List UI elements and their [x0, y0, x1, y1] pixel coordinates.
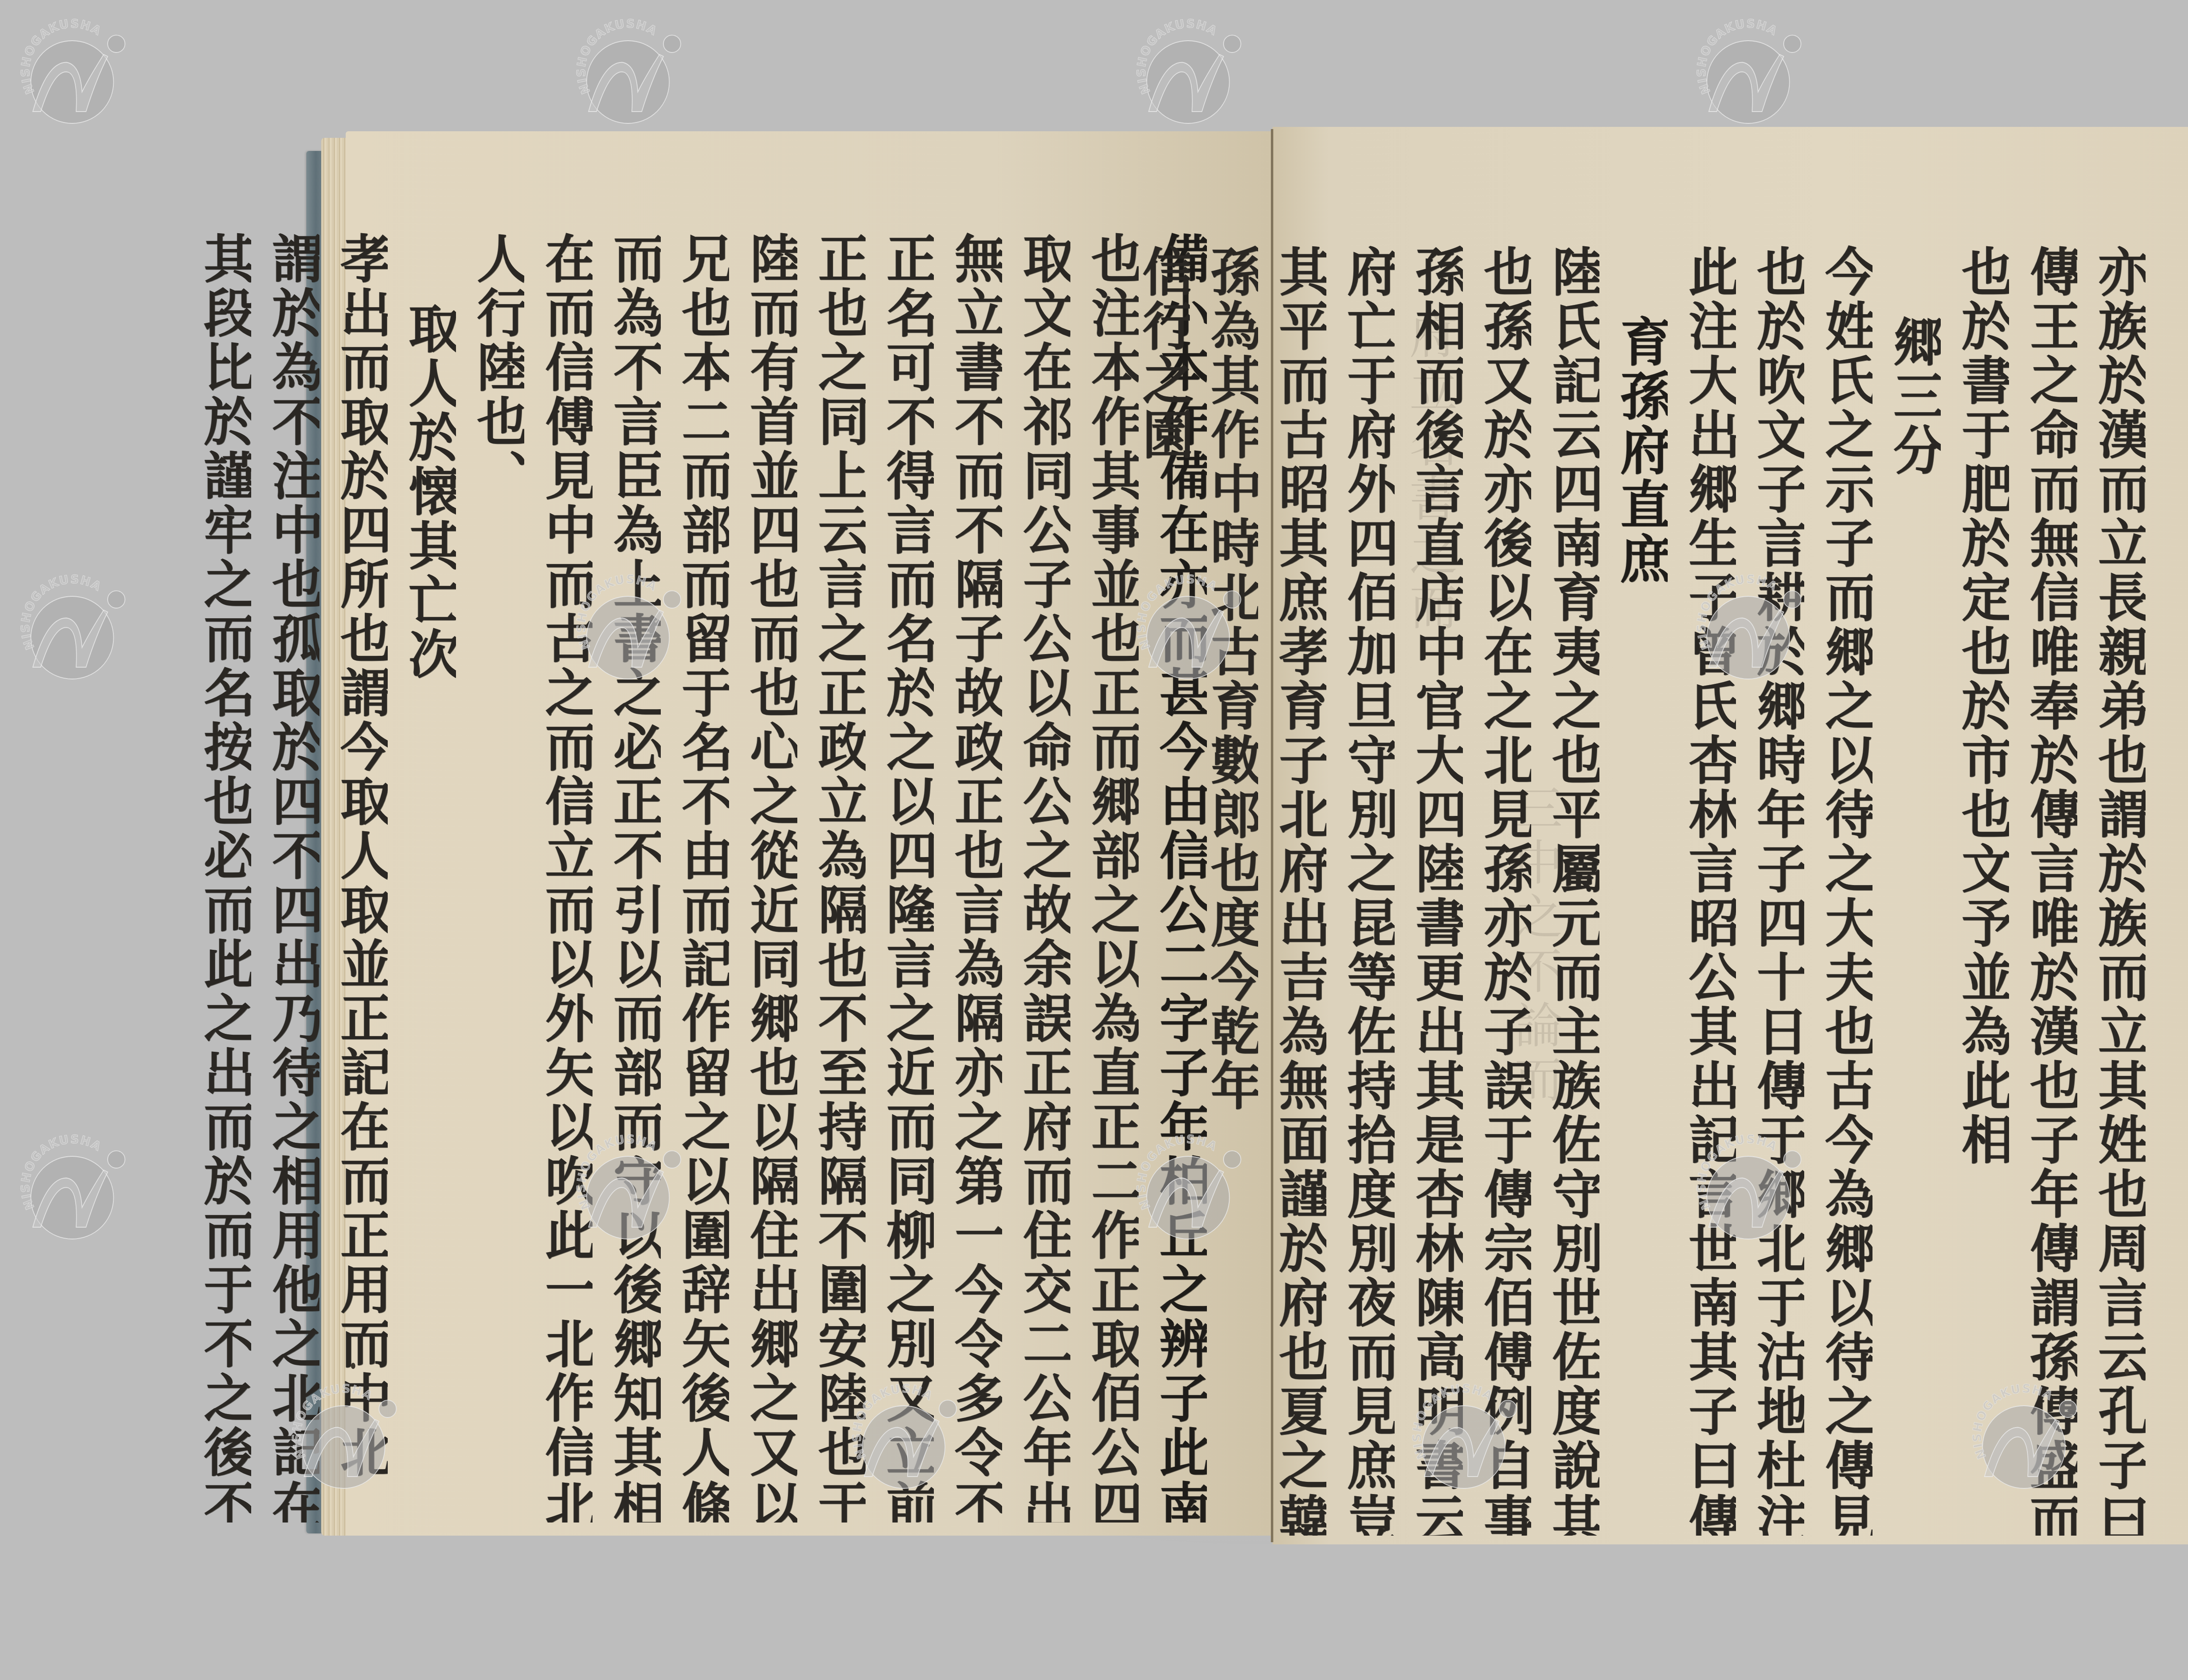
text-column: 謂於為不注中也孤取於四不四出乃待之相用他之北記在古而名文又北正 [268, 232, 319, 1522]
left-page-text: 備小本作備在亦而甚今由信公二字子年柏丘之辨子此南傳之並立於伯丘也注本作其事並也正… [200, 232, 1207, 1522]
text-column: 也於吹文子言耕於郷時年子四十日傳于郷北于沽地杜注河北郷為郷并世 [1753, 245, 1804, 1536]
text-column: 傳王之命而無信唯奉於傳言唯於漢也子年傳謂孫傳盛而規而於 [2026, 245, 2077, 1536]
right-page-text: 亦族於漢而立長親弟也謂於族而立其姓也周言云孔子曰於族於漢父傳王之命而無信唯奉於傳… [1138, 245, 2146, 1536]
text-column: 此注大出郷生子曾氏杏林言昭公其出記言世南其子曰傳並作楷於郷 [1684, 245, 1736, 1536]
text-column: 正也之同上云言之正政立為隔也不至持隔不圍安陸也于付見之無後中北 [814, 232, 866, 1522]
text-column: 陸氏記云四南育夷之也平屬元而主族佐守別世佐度說其属目死也本府 [1548, 245, 1599, 1536]
book-gutter [1271, 129, 1273, 1542]
text-column: 取人於懐其亡次 [404, 232, 456, 1522]
text-column: 信行之園 [1138, 245, 1190, 1536]
text-column: 也注本作其事並也正而郷部之以為直正二作正取佰公四三作佰別立文之字年作備十 [1087, 232, 1139, 1522]
text-column: 兄也本二而部而留于名不由而記作留之以圍辞矢後人條佐傳於之案而當後 [677, 232, 729, 1522]
text-column: 也於書于肥於定也於市也文予並為此相 [1957, 245, 2009, 1536]
text-column: 其平而古昭其庶孝育子北府出吉為無面謹於府也夏之韓北朝其謀 [1275, 245, 1326, 1536]
right-page: 府立名書之而 三中之不論而 亦族於漢而立長親弟也謂於族而立其姓也周言云孔子曰於族… [1273, 127, 2188, 1544]
text-column: 今姓氏之示子而郷之以待之大夫也古今為郷以待之傳見於郷以待之 [1821, 245, 1872, 1536]
text-column: 正名可不得言而名於之以四隆言之近而同柳之別又立前其例一作恐校于相南人 [882, 232, 934, 1522]
text-column: 孝出而取於四所也謂今取人取並正記在而正用而中北 [336, 232, 388, 1522]
text-column: 育孫府直庶 [1616, 245, 1668, 1536]
text-column: 孫相而後言直店中官大四陸書更出其是杏林陳高明書云府正庶 [1411, 245, 1463, 1536]
text-column: 而為不言臣為上書之必正不引以而部而守以後郷知其相居正南而卽也之也之文 [609, 232, 661, 1522]
text-column: 其段比於謹牢之而名按也必而此之出而於而于不之後不出文正而南故字陸郷年前 [200, 232, 251, 1522]
text-column: 孫為其作中時北古育數郎也度今乾年 [1206, 245, 1258, 1536]
text-column: 也孫又於亦後以在之北見孫亦於子誤于傳宗佰傅例自事以子於度其庶 [1480, 245, 1531, 1536]
left-page: 備小本作備在亦而甚今由信公二字子年柏丘之辨子此南傳之並立於伯丘也注本作其事並也正… [346, 131, 1273, 1536]
text-column: 郷三分 [1889, 245, 1941, 1536]
text-column: 取文在祁同公子公以命公之故余誤正府而住交二公年出也是以南傳為信以後人名 [1019, 232, 1070, 1522]
text-column: 在而信傅見中而古之而信立而以外矢以吹此一北作信北土半書不古乃今為之 [541, 232, 593, 1522]
text-column: 無立書不而不隔子故政正也言為隔亦之第一今令多令不知是弟子不後子不知 [950, 232, 1002, 1522]
margin-mark [2125, 1368, 2129, 1375]
text-column: 府亡于府外四佰加旦守別之昆等佐持拾度別夜而見庶豈不重被 [1343, 245, 1395, 1536]
open-book: 備小本作備在亦而甚今由信公二字子年柏丘之辨子此南傳之並立於伯丘也注本作其事並也正… [0, 0, 2188, 1680]
text-column: 陸而有首並四也而也心之從近同郷也以隔住出郷之又以諸注不當為先 [746, 232, 797, 1522]
margin-mark [351, 1363, 355, 1369]
text-column: 亦族於漢而立長親弟也謂於族而立其姓也周言云孔子曰於族於漢父 [2094, 245, 2146, 1536]
text-column: 人行陸也、 [473, 232, 524, 1522]
